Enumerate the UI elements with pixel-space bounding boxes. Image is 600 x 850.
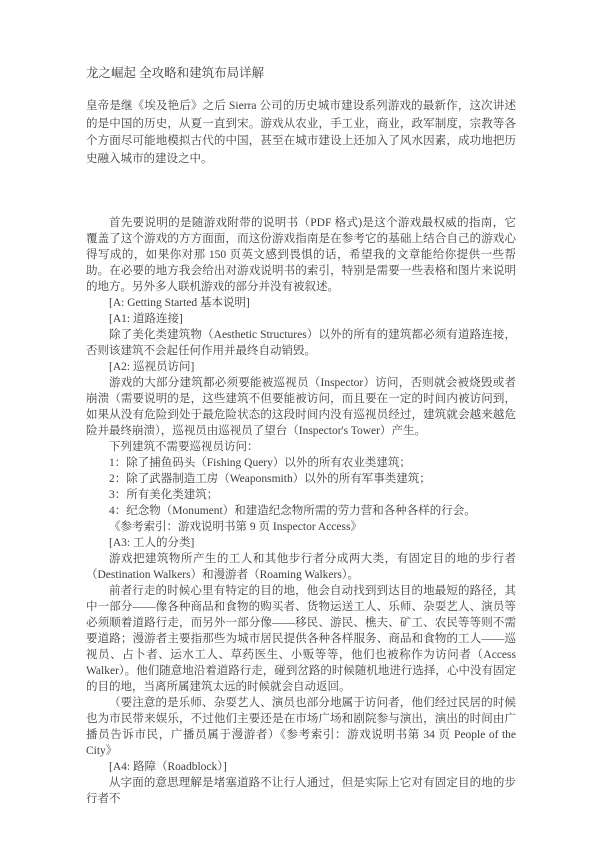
- section-header-a4: [A4: 路障（Roadblock）]: [86, 759, 516, 775]
- section-header-a2: [A2: 巡视员访问]: [86, 359, 516, 375]
- paragraph-no-inspector-intro: 下列建筑不需要巡视员访问：: [86, 439, 516, 455]
- list-item-3: 3：所有美化类建筑；: [86, 487, 516, 503]
- section-header-a: [A: Getting Started 基本说明]: [86, 295, 516, 311]
- section-header-a3: [A3: 工人的分类]: [86, 535, 516, 551]
- doc-title: 龙之崛起 全攻略和建筑布局详解: [86, 66, 516, 81]
- paragraph-walker-behavior: 前者行走的时候心里有特定的目的地，他会自动找到到达目的地最短的路径，其中一部分—…: [86, 583, 516, 695]
- paragraph-walker-note: （要注意的是乐师、杂耍艺人、演员也部分地属于访问者，他们经过民居的时候也为市民带…: [86, 695, 516, 759]
- list-item-4: 4：纪念物（Monument）和建造纪念物所需的劳力营和各种各样的行会。: [86, 503, 516, 519]
- section-header-a1: [A1: 道路连接]: [86, 311, 516, 327]
- guide-content: 首先要说明的是随游戏附带的说明书（PDF 格式)是这个游戏最权威的指南，它覆盖了…: [86, 215, 516, 807]
- paragraph-guide-note: 首先要说明的是随游戏附带的说明书（PDF 格式)是这个游戏最权威的指南，它覆盖了…: [86, 215, 516, 295]
- paragraph-inspector-access: 游戏的大部分建筑都必须要能被巡视员（Inspector）访问，否则就会被烧毁或者…: [86, 375, 516, 439]
- document-body: 龙之崛起 全攻略和建筑布局详解 皇帝是继《埃及艳后》之后 Sierra 公司的历…: [0, 0, 600, 850]
- document-page: 龙之崛起 全攻略和建筑布局详解 皇帝是继《埃及艳后》之后 Sierra 公司的历…: [0, 0, 600, 850]
- intro-paragraph: 皇帝是继《埃及艳后》之后 Sierra 公司的历史城市建设系列游戏的最新作，这次…: [86, 98, 516, 168]
- reference-note-p9: 《参考索引：游戏说明书第 9 页 Inspector Access》: [86, 519, 516, 535]
- list-item-2: 2：除了武器制造工房（Weaponsmith）以外的所有军事类建筑；: [86, 471, 516, 487]
- paragraph-walker-types: 游戏把建筑物所产生的工人和其他步行者分成两大类，有固定目的地的步行者（Desti…: [86, 551, 516, 583]
- paragraph-roadblock: 从字面的意思理解是堵塞道路不让行人通过，但是实际上它对有固定目的地的步行者不: [86, 775, 516, 807]
- list-item-1: 1：除了捕鱼码头（Fishing Query）以外的所有农业类建筑；: [86, 455, 516, 471]
- paragraph-road-connection: 除了美化类建筑物（Aesthetic Structures）以外的所有的建筑都必…: [86, 327, 516, 359]
